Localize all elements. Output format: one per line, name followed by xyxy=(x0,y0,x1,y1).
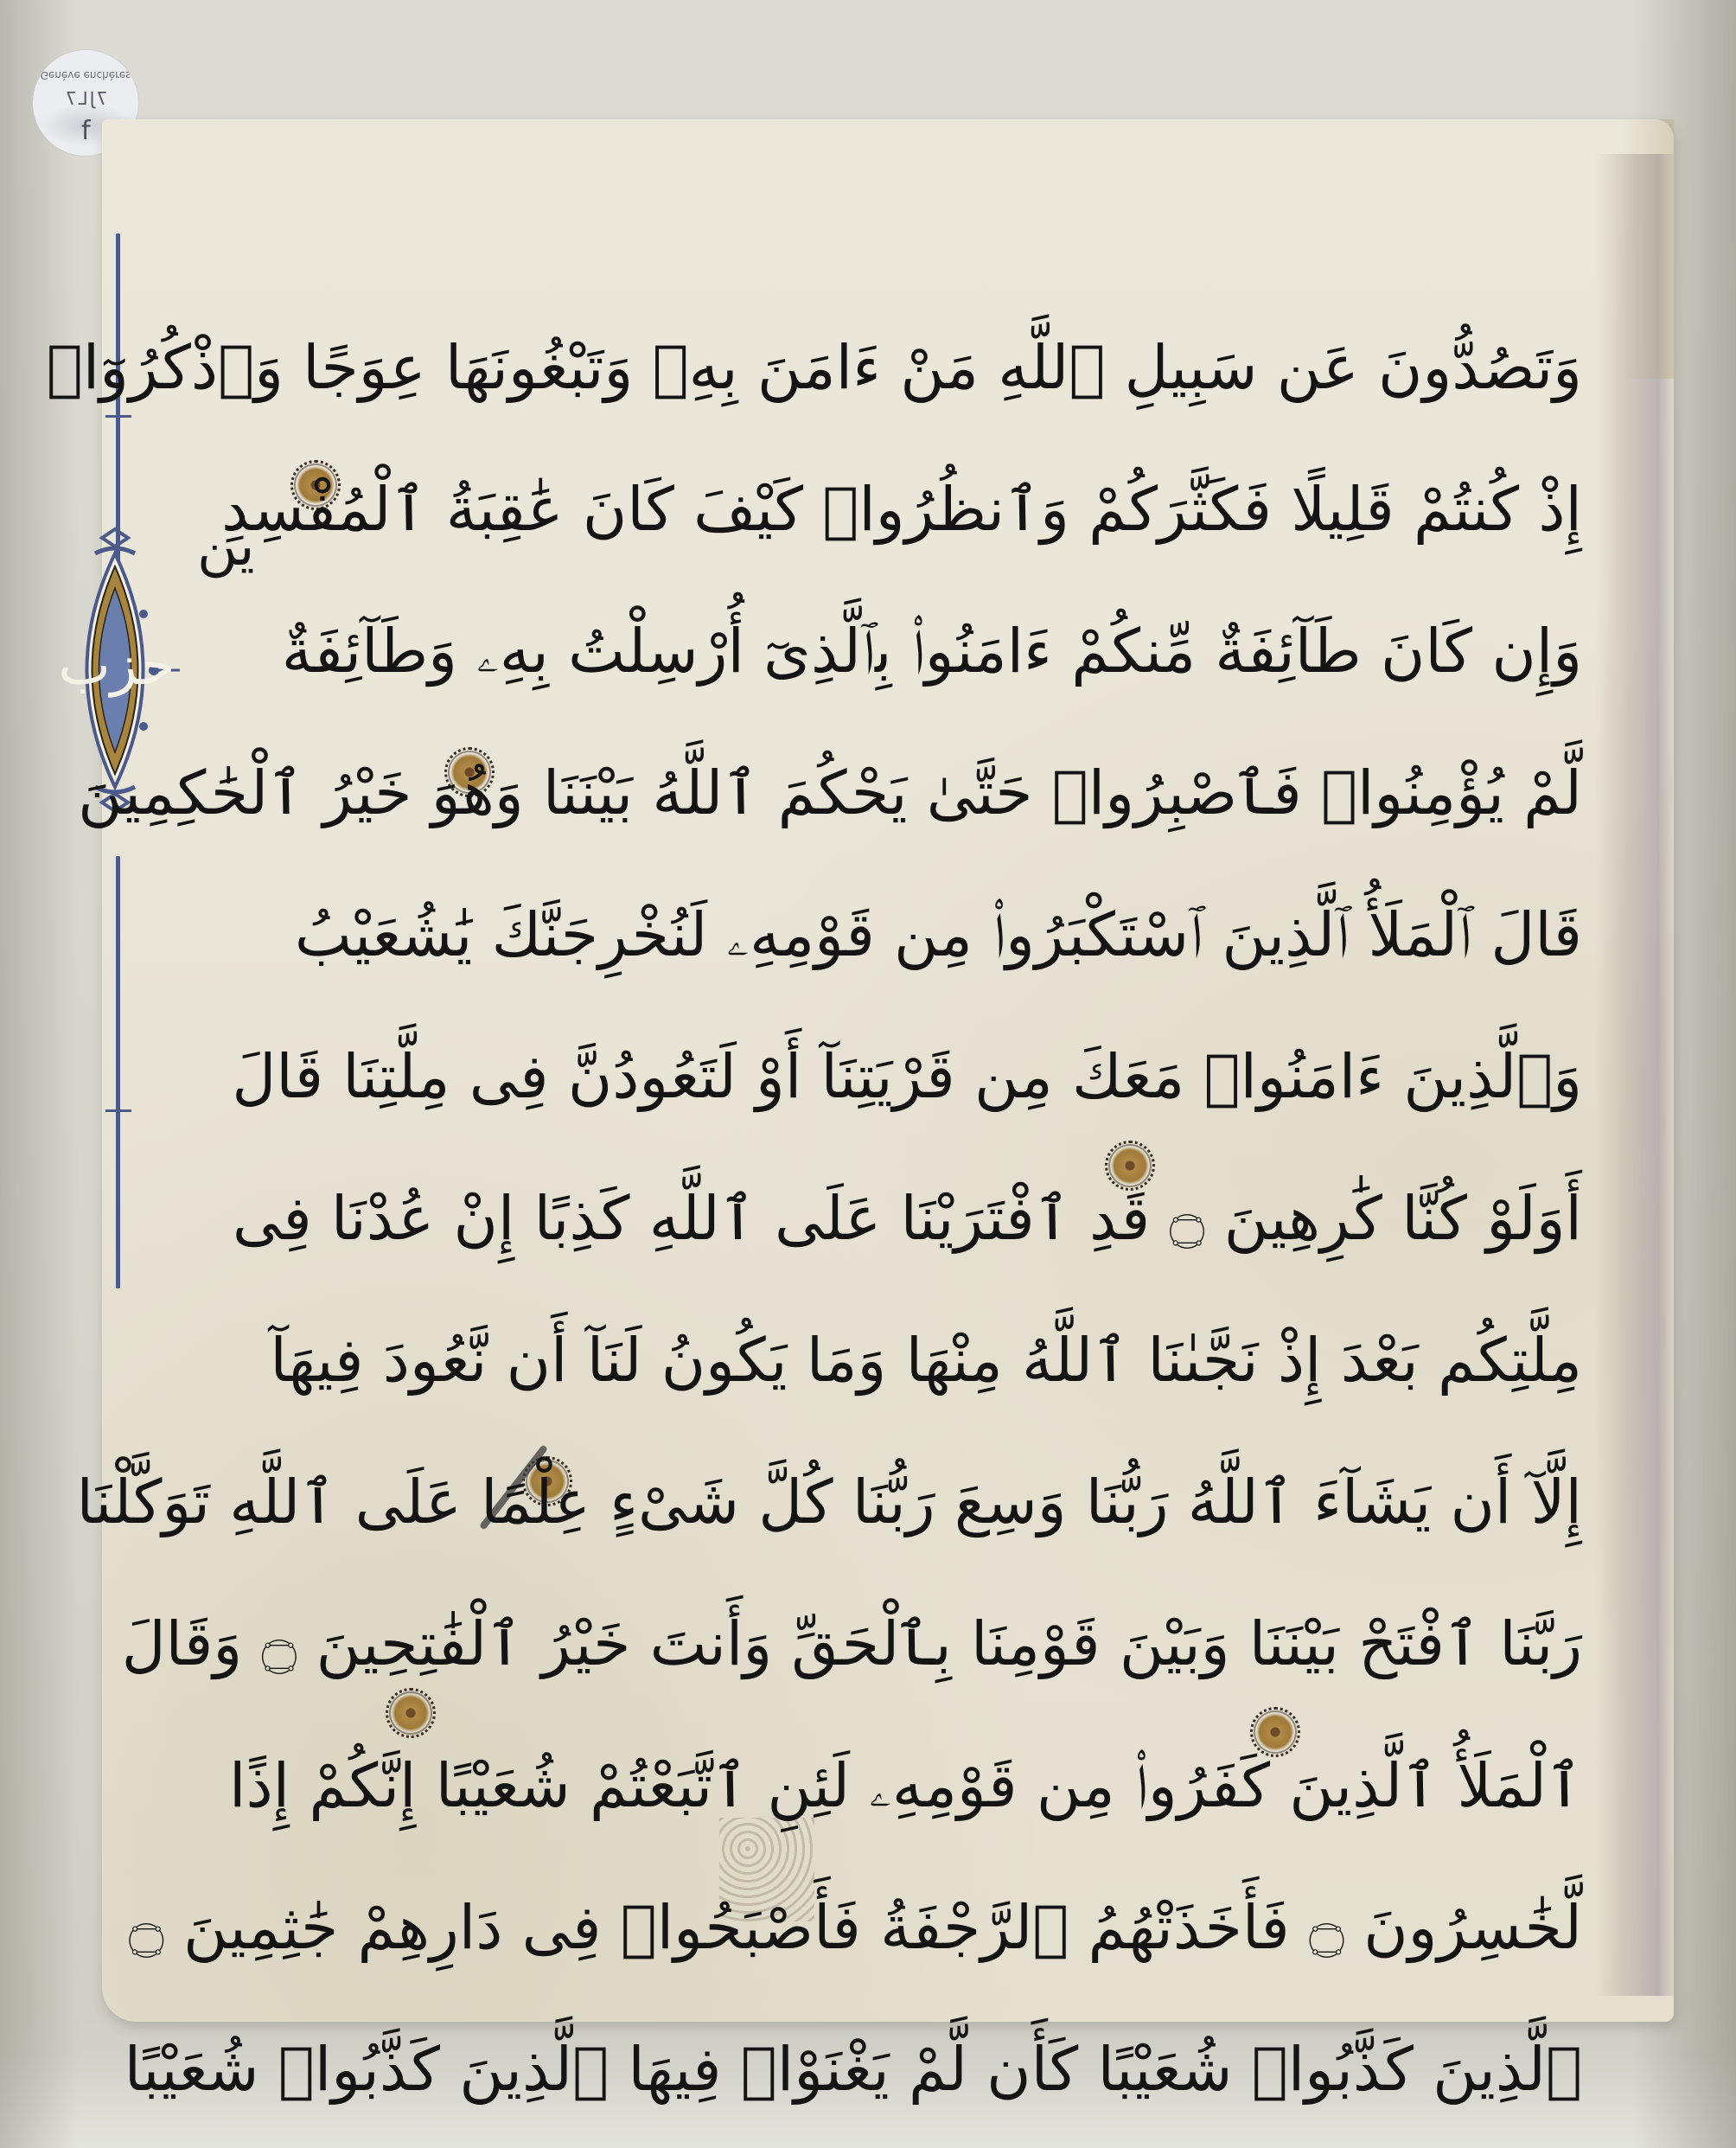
text-line: لَّمْ يُؤْمِنُوا۟ فَٱصْبِرُوا۟ حَتَّىٰ ي… xyxy=(303,685,1582,827)
medallion-label: حزب xyxy=(82,597,151,735)
text-line: ٱلْمَلَأُ ٱلَّذِينَ كَفَرُوا۟ مِن قَوْمِ… xyxy=(303,1678,1582,1819)
sticker-auction-house: Genève enchères xyxy=(33,69,138,81)
text-line: وَإِن كَانَ طَآئِفَةٌ مِّنكُمْ ءَامَنُوا… xyxy=(303,543,1582,685)
text-line: إِلَّآ أَن يَشَآءَ ٱللَّهُ رَبُّنَا وَسِ… xyxy=(303,1394,1582,1536)
margin-rule-bottom xyxy=(116,856,120,1288)
text-line: وَٱلَّذِينَ ءَامَنُوا۟ مَعَكَ مِن قَرْيَ… xyxy=(303,969,1582,1110)
sticker-handwritten-mark: f xyxy=(81,116,91,146)
text-line: إِذْ كُنتُمْ قَلِيلًا فَكَثَّرَكُمْ وَٱن… xyxy=(303,401,1582,543)
text-line: رَبَّنَا ٱفْتَحْ بَيْنَنَا وَبَيْنَ قَوْ… xyxy=(303,1536,1582,1678)
text-line: مِلَّتِكُم بَعْدَ إِذْ نَجَّىٰنَا ٱللَّه… xyxy=(303,1252,1582,1394)
margin-rule-tick xyxy=(105,1109,131,1112)
text-line: لَّخَٰسِرُونَ ۝ فَأَخَذَتْهُمُ ٱلرَّجْفَ… xyxy=(303,1819,1582,1961)
folio-stain xyxy=(1622,119,1674,379)
quran-text-block: وَتَصُدُّونَ عَن سَبِيلِ ٱللَّهِ مَنْ ءَ… xyxy=(303,259,1582,2103)
text-line: أَوَلَوْ كُنَّا كَٰرِهِينَ ۝ قَدِ ٱفْتَر… xyxy=(303,1110,1582,1252)
folio-damaged-edge xyxy=(1596,154,1674,1996)
margin-rule-tick xyxy=(105,415,131,418)
sticker-lot-code: 7JL7 xyxy=(33,88,138,109)
text-line: قَالَ ٱلْمَلَأُ ٱلَّذِينَ ٱسْتَكْبَرُوا۟… xyxy=(303,827,1582,969)
text-line: وَتَصُدُّونَ عَن سَبِيلِ ٱللَّهِ مَنْ ءَ… xyxy=(303,259,1582,401)
text-line: ٱلَّذِينَ كَذَّبُوا۟ شُعَيْبًا كَأَن لَّ… xyxy=(303,1961,1582,2103)
